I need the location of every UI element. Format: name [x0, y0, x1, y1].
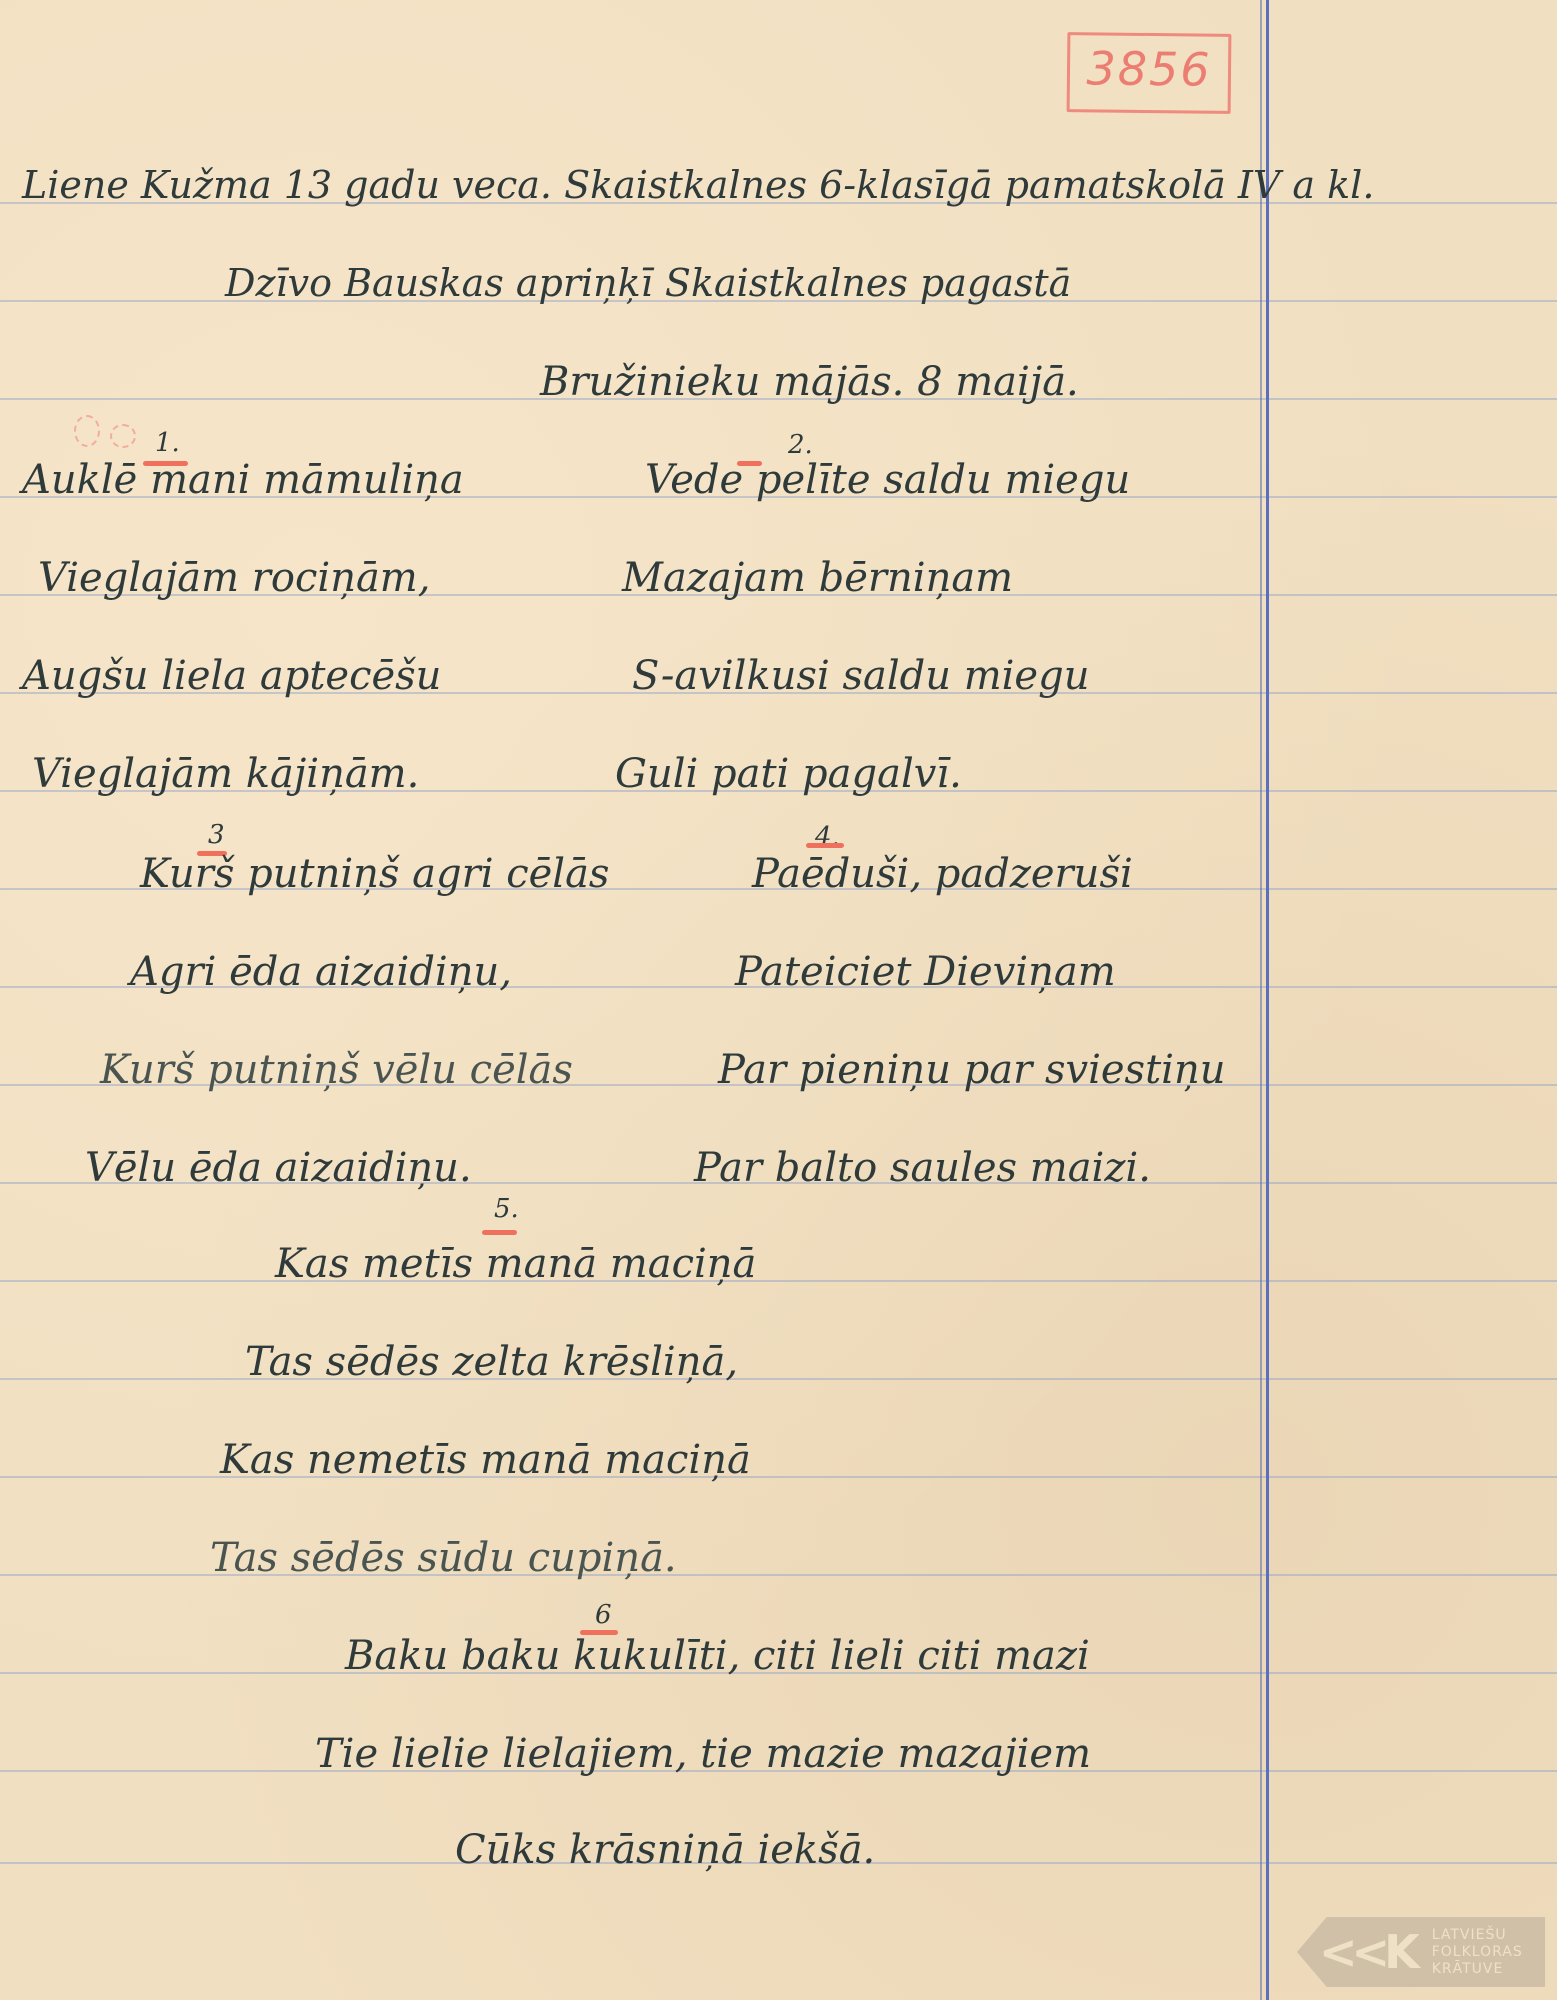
header-line-residence: Dzīvo Bauskas apriņķī Skaistkalnes pagas…	[225, 264, 1071, 302]
song-number: 1.	[155, 428, 180, 458]
logo-text: LATVIEŠU FOLKLORAS KRĀTUVE	[1432, 1927, 1523, 1978]
song-number: 3	[208, 820, 225, 850]
song-line: Kurš putniņš agri cēlās	[140, 854, 609, 894]
logo-text-line: FOLKLORAS	[1432, 1944, 1523, 1961]
logo-text-line: KRĀTUVE	[1432, 1961, 1523, 1978]
red-pencil-smudge	[74, 415, 100, 447]
song-number: 6	[595, 1600, 612, 1630]
margin-line-thin	[1260, 0, 1262, 2000]
song-number: 2.	[788, 430, 813, 460]
lfk-logo-icon: <<K	[1319, 1925, 1414, 1979]
song-line: Par balto saules maizi.	[694, 1148, 1151, 1188]
song-line: Cūks krāsniņā iekšā.	[455, 1830, 875, 1870]
song-line: Pateiciet Dieviņam	[735, 952, 1116, 992]
song-line: Tas sēdēs zelta krēsliņā,	[245, 1342, 738, 1382]
red-pencil-underline	[806, 843, 844, 848]
song-number: 5.	[494, 1194, 519, 1224]
song-line: Kas metīs manā maciņā	[275, 1244, 756, 1284]
song-line: Par pieniņu par sviestiņu	[718, 1050, 1225, 1090]
song-line: Vēlu ēda aizaidiņu.	[85, 1148, 472, 1188]
song-line: Paēduši, padzeruši	[752, 854, 1133, 894]
header-line-author: Liene Kužma 13 gadu veca. Skaistkalnes 6…	[22, 166, 1374, 204]
song-line: Augšu liela aptecēšu	[22, 656, 441, 696]
header-line-date: Bružinieku mājās. 8 maijā.	[540, 362, 1079, 402]
song-line: Kurš putniņš vēlu cēlās	[100, 1050, 573, 1090]
song-line: Mazajam bērniņam	[622, 558, 1013, 598]
song-line: Kas nemetīs manā maciņā	[220, 1440, 751, 1480]
song-line: Agri ēda aizaidiņu,	[130, 952, 512, 992]
song-line: Tas sēdēs sūdu cupiņā.	[210, 1538, 677, 1578]
song-line: Baku baku kukulīti, citi lieli citi mazi	[345, 1636, 1090, 1676]
folklore-archive-logo: <<K LATVIEŠU FOLKLORAS KRĀTUVE	[1297, 1917, 1545, 1987]
manuscript-page: 3856 Liene Kužma 13 gadu veca. Skaistkal…	[0, 0, 1557, 2000]
song-line: Vieglajām kājiņām.	[32, 754, 419, 794]
archive-number-box: 3856	[1067, 32, 1232, 114]
red-pencil-underline	[482, 1230, 517, 1235]
logo-text-line: LATVIEŠU	[1432, 1927, 1523, 1944]
archive-number: 3856	[1070, 41, 1229, 97]
red-pencil-smudge	[110, 424, 136, 448]
song-line: Guli pati pagalvī.	[615, 754, 962, 794]
ruled-line	[0, 1378, 1557, 1380]
margin-line-thick	[1266, 0, 1269, 2000]
song-line: Tie lielie lielajiem, tie mazie mazajiem	[315, 1734, 1091, 1774]
song-line: Vieglajām rociņām,	[38, 558, 430, 598]
song-line: Vede pelīte saldu miegu	[645, 460, 1130, 500]
song-line: S-avilkusi saldu miegu	[632, 656, 1089, 696]
song-line: Auklē mani māmuliņa	[22, 460, 464, 500]
ruled-line	[0, 1280, 1557, 1282]
